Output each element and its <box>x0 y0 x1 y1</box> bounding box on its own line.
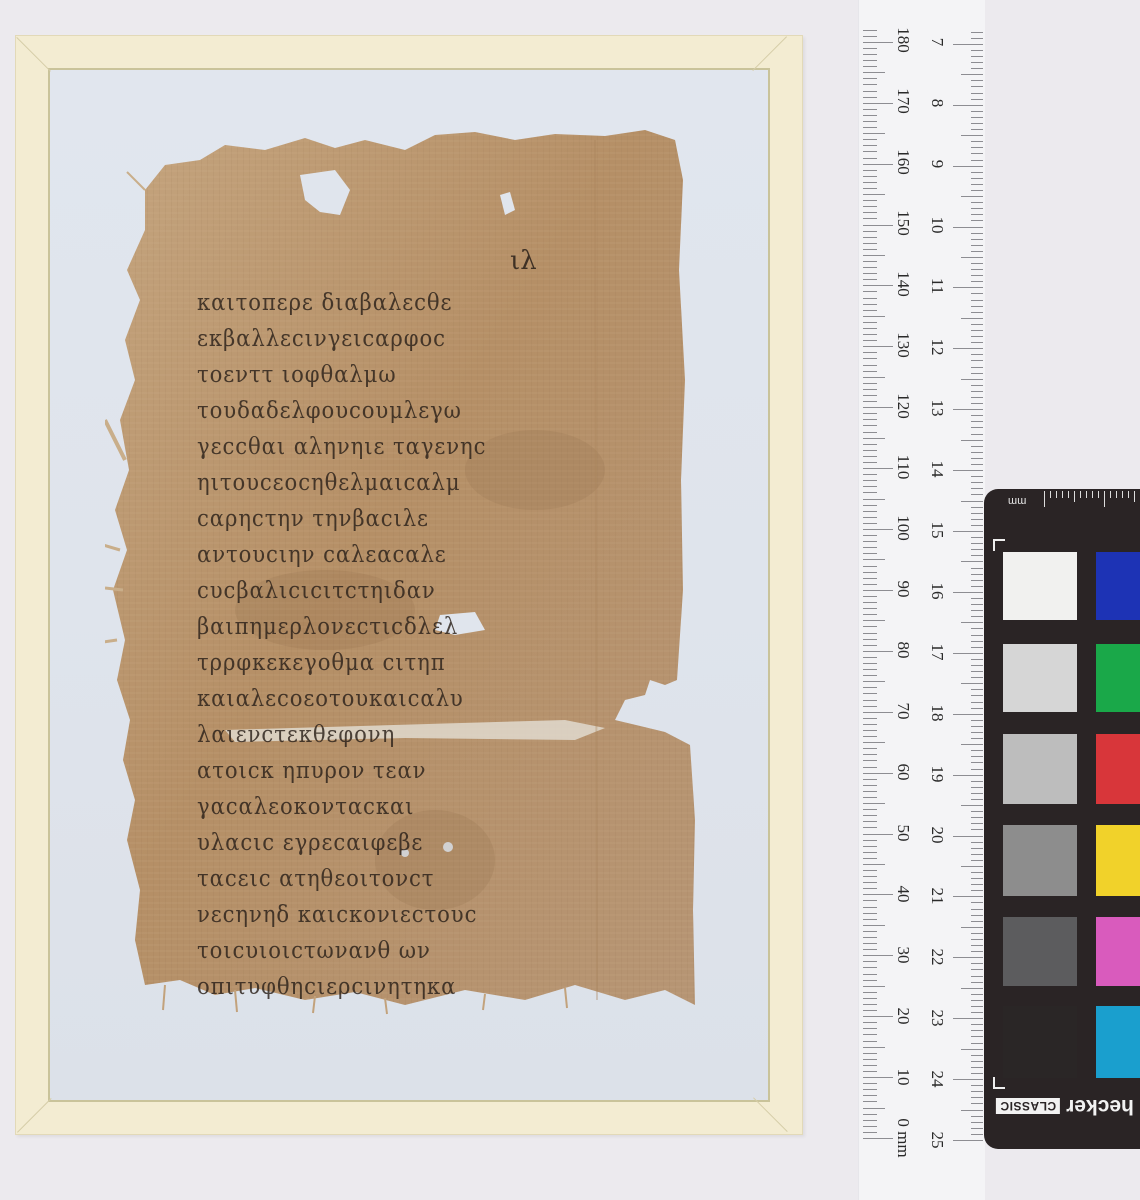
ruler-tick <box>971 281 983 282</box>
ruler-tick <box>863 176 877 177</box>
ruler-tick <box>971 1043 983 1044</box>
ruler-tick <box>863 36 877 37</box>
ruler-tick <box>863 438 885 439</box>
patch-red <box>1096 734 1140 804</box>
ruler-tick <box>863 900 877 901</box>
ruler-tick <box>971 1091 983 1092</box>
ruler-tick <box>863 407 893 408</box>
ruler-tick <box>971 190 983 191</box>
ruler-tick <box>863 760 877 761</box>
ruler-tick <box>971 421 983 422</box>
ruler-tick <box>863 773 893 774</box>
ruler-tick <box>863 1016 893 1017</box>
ruler-tick <box>863 66 877 67</box>
ruler-tick <box>971 976 983 977</box>
ruler-tick <box>863 797 877 798</box>
text-line: γεϲϲθαι αληνηιε ταγενηϲ <box>197 434 486 460</box>
ruler-tick <box>971 220 983 221</box>
ruler-tick <box>971 842 983 843</box>
ruler-tick <box>863 803 885 804</box>
ruler-tick <box>971 427 983 428</box>
ruler-tick <box>971 823 983 824</box>
ruler-tick <box>863 724 877 725</box>
ruler-tick <box>971 1036 983 1037</box>
ruler-tick <box>961 927 983 928</box>
ruler-tick <box>863 517 877 518</box>
text-line: υλαϲιϲ εγρεϲαιφεβε <box>197 830 423 856</box>
ruler-label-secondary: 8 <box>927 83 947 123</box>
ruler-tick <box>863 1071 877 1072</box>
ruler-tick <box>863 285 893 286</box>
ruler-tick <box>863 365 877 366</box>
ruler-tick <box>961 257 983 258</box>
text-line: ηιτουϲεοϲηθελμαιϲαλμ <box>197 470 461 496</box>
text-line: εκβαλλεϲινγειϲαρφοϲ <box>197 326 446 352</box>
ruler-tick <box>971 872 983 873</box>
ruler-label-secondary: 20 <box>927 815 947 855</box>
ruler-tick <box>863 553 877 554</box>
ruler-tick <box>863 505 877 506</box>
ruler-tick <box>961 74 983 75</box>
ruler-tick <box>863 1108 885 1109</box>
ruler-tick <box>953 348 983 349</box>
ruler-label-secondary: 22 <box>927 937 947 977</box>
ruler-tick <box>863 943 877 944</box>
ruler-tick <box>961 622 983 623</box>
ruler-tick <box>863 907 877 908</box>
ruler-tick <box>971 921 983 922</box>
ruler-tick <box>971 574 983 575</box>
ruler-label-secondary: 7 <box>927 22 947 62</box>
ruler-tick <box>971 665 983 666</box>
ruler-tick <box>863 328 877 329</box>
ruler-label-mm: 0 mm <box>893 1118 913 1158</box>
ruler-tick <box>971 391 983 392</box>
ruler-tick <box>971 251 983 252</box>
text-line: λαιενϲτεκθεφονη <box>197 722 395 748</box>
ruler-label-secondary: 21 <box>927 876 947 916</box>
ruler-tick <box>863 846 877 847</box>
ruler-label-mm: 150 <box>893 203 913 243</box>
ruler-tick <box>953 653 983 654</box>
measuring-ruler: 0 mm 10 20 30 40 50 60 70 80 90 100 110 … <box>858 0 985 1200</box>
ruler-tick <box>863 322 877 323</box>
ruler-tick <box>863 620 885 621</box>
ruler-tick <box>863 779 877 780</box>
ruler-tick <box>863 334 877 335</box>
ruler-tick <box>863 925 885 926</box>
ruler-tick <box>971 245 983 246</box>
ruler-tick <box>971 111 983 112</box>
ruler-tick <box>863 639 877 640</box>
text-line: ϲαρηϲτην τηνβαϲιλε <box>197 506 429 532</box>
ruler-tick <box>863 931 877 932</box>
ruler-tick <box>953 836 983 837</box>
ruler-tick <box>863 145 877 146</box>
ruler-tick <box>863 212 877 213</box>
ruler-tick <box>971 702 983 703</box>
text-line: γαϲαλεοκονταϲκαι <box>197 794 414 820</box>
ruler-label-secondary: 11 <box>927 266 947 306</box>
page-number: ιλ <box>510 246 537 276</box>
ruler-tick <box>863 255 885 256</box>
ruler-tick <box>971 1134 983 1135</box>
ruler-tick <box>863 529 893 530</box>
ruler-tick <box>971 214 983 215</box>
ruler-tick <box>863 97 877 98</box>
ruler-tick <box>971 464 983 465</box>
ruler-tick <box>971 184 983 185</box>
patch-neutral-4 <box>1003 825 1077 896</box>
ruler-tick <box>863 718 877 719</box>
ruler-tick <box>971 1000 983 1001</box>
ruler-tick <box>863 468 893 469</box>
ruler-tick <box>863 432 877 433</box>
ruler-tick <box>863 1101 877 1102</box>
ruler-tick <box>971 452 983 453</box>
ruler-label-mm: 180 <box>893 20 913 60</box>
ruler-tick <box>863 1047 885 1048</box>
text-line: τουδαδελφουϲουμλεγω <box>197 398 462 424</box>
ruler-tick <box>863 547 877 548</box>
ruler-tick <box>863 291 877 292</box>
ruler-tick <box>971 494 983 495</box>
checker-ruler-tick <box>1092 491 1093 498</box>
ruler-tick <box>863 712 893 713</box>
ruler-label-mm: 30 <box>893 935 913 975</box>
ruler-tick <box>863 700 877 701</box>
papyrus-fragment: ιλ καιτοπερε διαβαλεϲθε εκβαλλεϲινγειϲαρ… <box>105 120 700 1015</box>
ruler-tick <box>863 444 877 445</box>
ruler-tick <box>863 194 885 195</box>
ruler-tick <box>953 714 983 715</box>
ruler-tick <box>863 1010 877 1011</box>
ruler-tick <box>971 628 983 629</box>
ruler-tick <box>971 909 983 910</box>
text-line: ατοιϲκ ηπυρον τεαν <box>197 758 426 784</box>
ruler-tick <box>863 243 877 244</box>
ruler-tick <box>961 744 983 745</box>
ruler-tick <box>961 866 983 867</box>
ruler-tick <box>863 967 877 968</box>
ruler-tick <box>971 275 983 276</box>
ruler-tick <box>863 657 877 658</box>
ruler-tick <box>863 840 877 841</box>
ruler-tick <box>863 1126 877 1127</box>
ruler-label-secondary: 24 <box>927 1059 947 1099</box>
ruler-tick <box>863 462 877 463</box>
ruler-tick <box>863 419 877 420</box>
ruler-tick <box>863 791 877 792</box>
ruler-tick <box>863 499 885 500</box>
ruler-tick <box>863 584 877 585</box>
ruler-tick <box>971 635 983 636</box>
ruler-tick <box>863 815 877 816</box>
ruler-tick <box>863 590 893 591</box>
ruler-tick <box>863 742 885 743</box>
ruler-tick <box>863 1053 877 1054</box>
ruler-tick <box>863 170 877 171</box>
ruler-tick <box>971 93 983 94</box>
ruler-tick <box>971 647 983 648</box>
ruler-tick <box>961 440 983 441</box>
ruler-tick <box>953 409 983 410</box>
ruler-tick <box>971 208 983 209</box>
ruler-tick <box>971 263 983 264</box>
ruler-tick <box>863 48 877 49</box>
ruler-tick <box>953 287 983 288</box>
ruler-tick <box>863 267 877 268</box>
patch-green <box>1096 644 1140 712</box>
ruler-tick <box>971 543 983 544</box>
ruler-label-secondary: 10 <box>927 205 947 245</box>
ruler-tick <box>863 298 877 299</box>
ruler-tick <box>953 470 983 471</box>
ruler-tick <box>971 708 983 709</box>
ruler-tick <box>971 884 983 885</box>
checker-ruler-tick <box>1122 491 1123 498</box>
patch-neutral-2 <box>1003 644 1077 712</box>
ruler-tick <box>971 312 983 313</box>
ruler-tick <box>971 1085 983 1086</box>
ruler-tick <box>863 748 877 749</box>
ruler-tick <box>863 675 877 676</box>
ruler-tick <box>971 732 983 733</box>
ruler-tick <box>863 30 877 31</box>
ruler-tick <box>971 817 983 818</box>
ruler-tick <box>953 592 983 593</box>
ruler-tick <box>971 799 983 800</box>
checker-ruler-tick <box>1068 491 1069 498</box>
ruler-tick <box>971 233 983 234</box>
ruler-tick <box>971 269 983 270</box>
ruler-tick <box>863 785 877 786</box>
ruler-tick <box>971 1073 983 1074</box>
ruler-tick <box>971 525 983 526</box>
ruler-label-mm: 40 <box>893 874 913 914</box>
ruler-tick <box>863 273 877 274</box>
checker-ruler-tick <box>1044 491 1045 507</box>
ruler-tick <box>863 133 885 134</box>
ruler-tick <box>971 689 983 690</box>
ruler-tick <box>863 121 877 122</box>
ruler-tick <box>971 178 983 179</box>
ruler-tick <box>863 346 893 347</box>
ruler-tick <box>863 60 877 61</box>
ruler-tick <box>863 876 877 877</box>
ruler-label-secondary: 14 <box>927 449 947 489</box>
ruler-tick <box>961 135 983 136</box>
edition-badge: CLASSIC <box>996 1098 1060 1114</box>
ruler-tick <box>971 99 983 100</box>
text-line: νεϲηνηδ καιϲκονιεϲτουϲ <box>197 902 477 928</box>
checker-ruler-tick <box>1062 491 1063 498</box>
ruler-label-mm: 90 <box>893 569 913 609</box>
ruler-tick <box>971 677 983 678</box>
ruler-label-mm: 20 <box>893 996 913 1036</box>
ruler-tick <box>863 992 877 993</box>
ruler-tick <box>863 206 877 207</box>
ruler-tick <box>971 994 983 995</box>
ruler-tick <box>971 720 983 721</box>
ruler-tick <box>971 482 983 483</box>
ruler-tick <box>863 389 877 390</box>
ruler-tick <box>953 957 983 958</box>
ruler-tick <box>971 568 983 569</box>
ruler-tick <box>971 354 983 355</box>
ruler-label-secondary: 19 <box>927 754 947 794</box>
ruler-tick <box>863 139 877 140</box>
ruler-tick <box>971 793 983 794</box>
patch-cyan <box>1096 1006 1140 1078</box>
ruler-tick <box>863 115 877 116</box>
ruler-tick <box>863 188 877 189</box>
ruler-tick <box>971 434 983 435</box>
ruler-tick <box>971 598 983 599</box>
ruler-tick <box>863 541 877 542</box>
ruler-tick <box>971 385 983 386</box>
ruler-tick <box>863 827 877 828</box>
checker-ruler-tick <box>1050 491 1051 498</box>
brand-text: hecker <box>1066 1094 1134 1118</box>
checker-ruler-unit: mm <box>1008 495 1026 507</box>
ruler-tick <box>863 1132 877 1133</box>
ruler-tick <box>863 858 877 859</box>
ruler-tick <box>971 969 983 970</box>
ruler-tick <box>971 330 983 331</box>
checker-ruler-tick <box>1110 491 1111 498</box>
ruler-tick <box>971 580 983 581</box>
ruler-tick <box>863 1059 877 1060</box>
ruler-tick <box>863 608 877 609</box>
ruler-tick <box>971 939 983 940</box>
ruler-tick <box>971 488 983 489</box>
ruler-tick <box>971 811 983 812</box>
ruler-tick <box>971 671 983 672</box>
ruler-tick <box>863 1138 893 1139</box>
ruler-tick <box>863 511 877 512</box>
ruler-label-secondary: 18 <box>927 693 947 733</box>
ruler-tick <box>971 1116 983 1117</box>
ruler-label-mm: 130 <box>893 325 913 365</box>
ruler-tick <box>863 821 877 822</box>
ruler-tick <box>863 864 885 865</box>
ruler-tick <box>863 84 877 85</box>
checker-ruler-tick <box>1098 491 1099 498</box>
ruler-tick <box>863 91 877 92</box>
ruler-tick <box>961 318 983 319</box>
ruler-tick <box>863 913 877 914</box>
ruler-tick <box>953 1140 983 1141</box>
ruler-tick <box>863 1022 877 1023</box>
ruler-label-secondary: 16 <box>927 571 947 611</box>
ruler-label-mm: 10 <box>893 1057 913 1097</box>
ruler-tick <box>971 537 983 538</box>
ruler-tick <box>971 726 983 727</box>
ruler-tick <box>971 604 983 605</box>
checker-ruler-tick <box>1080 491 1081 498</box>
ruler-tick <box>971 854 983 855</box>
ruler-tick <box>863 767 877 768</box>
ruler-tick <box>971 129 983 130</box>
ruler-tick <box>863 304 877 305</box>
ruler-tick <box>863 164 893 165</box>
ruler-tick <box>971 342 983 343</box>
ruler-tick <box>863 1083 877 1084</box>
ruler-label-secondary: 12 <box>927 327 947 367</box>
ruler-label-mm: 120 <box>893 386 913 426</box>
ruler-tick <box>971 1067 983 1068</box>
checker-ruler-tick <box>1116 491 1117 498</box>
text-line: αντουϲιην ϲαλεαϲαλε <box>197 542 447 568</box>
ruler-tick <box>863 1065 877 1066</box>
checker-ruler-tick <box>1074 491 1075 502</box>
ruler-tick <box>863 486 877 487</box>
ruler-tick <box>863 109 877 110</box>
ruler-tick <box>863 578 877 579</box>
ruler-tick <box>971 38 983 39</box>
ruler-tick <box>971 641 983 642</box>
ruler-tick <box>863 834 893 835</box>
ruler-tick <box>971 153 983 154</box>
ruler-tick <box>971 586 983 587</box>
ruler-tick <box>863 1077 893 1078</box>
ruler-tick <box>953 1079 983 1080</box>
patch-neutral-3 <box>1003 734 1077 804</box>
ruler-tick <box>961 1110 983 1111</box>
text-line: ϲυϲβαλιϲιϲιτϲτηιδαν <box>197 578 436 604</box>
ruler-label-secondary: 13 <box>927 388 947 428</box>
ruler-tick <box>971 239 983 240</box>
ruler-tick <box>971 1030 983 1031</box>
ruler-tick <box>971 415 983 416</box>
ruler-label-secondary: 25 <box>927 1120 947 1160</box>
ruler-tick <box>863 413 877 414</box>
ruler-tick <box>863 279 877 280</box>
ruler-tick <box>971 890 983 891</box>
ruler-tick <box>971 1097 983 1098</box>
text-line: τρρφκεκεγοθμα ϲιτηπ <box>197 650 446 676</box>
ruler-tick <box>863 231 877 232</box>
ruler-tick <box>971 300 983 301</box>
checker-ruler-tick <box>1134 491 1135 502</box>
ruler-tick <box>971 616 983 617</box>
ruler-label-mm: 140 <box>893 264 913 304</box>
ruler-tick <box>863 596 877 597</box>
ruler-tick <box>971 513 983 514</box>
ruler-tick <box>971 1061 983 1062</box>
ruler-tick <box>863 1089 877 1090</box>
ruler-tick <box>863 377 885 378</box>
ruler-tick <box>971 80 983 81</box>
patch-magenta <box>1096 917 1140 986</box>
ruler-tick <box>971 860 983 861</box>
ruler-tick <box>961 196 983 197</box>
ruler-tick <box>863 474 877 475</box>
ruler-tick <box>863 602 877 603</box>
ruler-tick <box>863 980 877 981</box>
ruler-tick <box>971 336 983 337</box>
ruler-label-mm: 60 <box>893 752 913 792</box>
ruler-tick <box>953 531 983 532</box>
ruler-tick <box>971 610 983 611</box>
ruler-tick <box>961 501 983 502</box>
ruler-tick <box>971 902 983 903</box>
text-line: τοιϲυιοιϲτωνανθ ων <box>197 938 431 964</box>
ruler-tick <box>863 998 877 999</box>
ruler-tick <box>953 227 983 228</box>
ruler-tick <box>863 919 877 920</box>
